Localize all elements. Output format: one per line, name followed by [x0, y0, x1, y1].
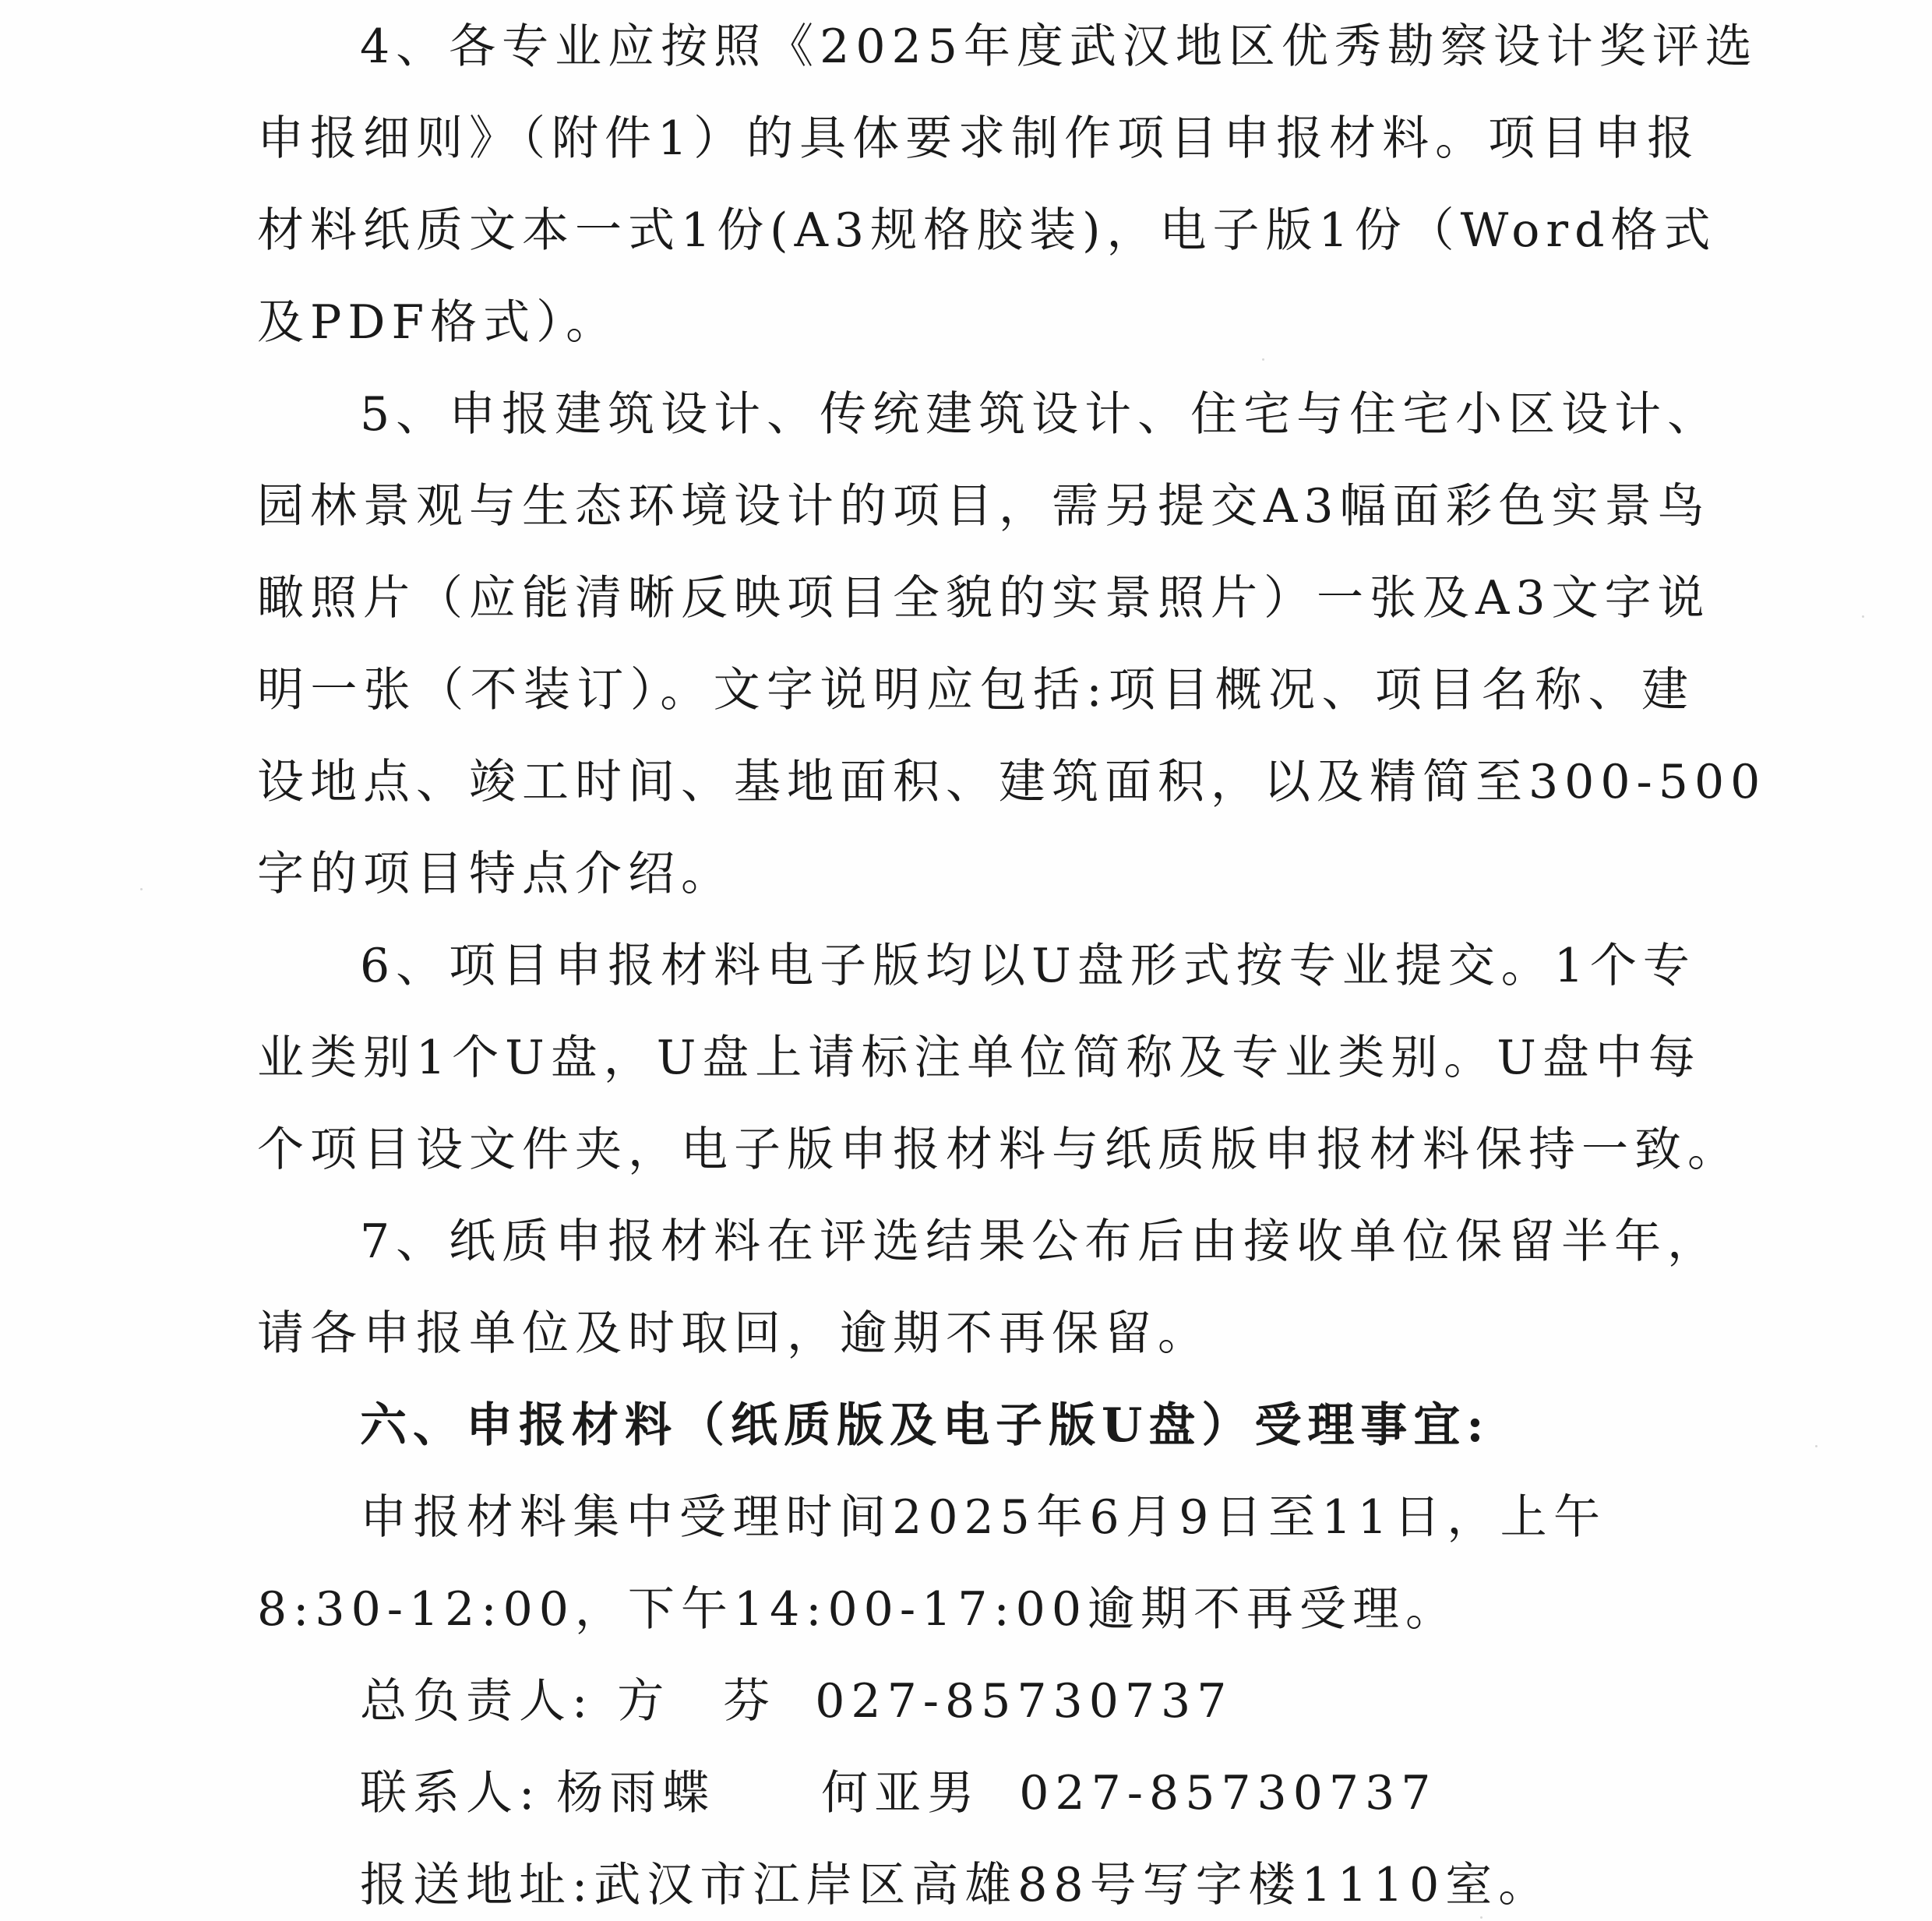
acceptance-time-line-2: 8:30-12:00，下午14:00-17:00逾期不再受理。	[257, 1578, 1694, 1641]
item-4-line-4: 及PDF格式）。	[257, 291, 1694, 354]
item-5-line-5: 设地点、竣工时间、基地面积、建筑面积，以及精简至300-500	[257, 751, 1694, 813]
scan-speck	[1480, 1916, 1482, 1919]
scan-speck	[1262, 358, 1264, 361]
item-5-line-6: 字的项目特点介绍。	[257, 843, 1694, 905]
chief-name: 方 芬	[617, 1674, 776, 1729]
scan-speck	[140, 888, 143, 890]
address-label: 报送地址:	[360, 1858, 594, 1912]
item-7-line-1: 7、纸质申报材料在评选结果公布后由接收单位保留半年，	[360, 1211, 1694, 1273]
address-value: 武汉市江岸区高雄88号写字楼1110室。	[594, 1858, 1551, 1912]
chief-contact: 总负责人:方 芬027-85730737	[360, 1670, 1694, 1732]
item-4-line-3: 材料纸质文本一式1份(A3规格胶装)，电子版1份（Word格式	[257, 199, 1694, 262]
acceptance-time-line-1: 申报材料集中受理时间2025年6月9日至11日，上午	[360, 1486, 1606, 1549]
scan-speck	[1815, 1445, 1817, 1447]
item-6-line-3: 个项目设文件夹，电子版申报材料与纸质版申报材料保持一致。	[257, 1119, 1694, 1181]
liaison-names: 杨雨蝶 何亚男	[556, 1766, 980, 1821]
item-5-line-2: 园林景观与生态环境设计的项目，需另提交A3幅面彩色实景鸟	[257, 475, 1694, 538]
item-4-line-1: 4、各专业应按照《2025年度武汉地区优秀勘察设计奖评选	[360, 16, 1694, 78]
section-heading: 六、申报材料（纸质版及电子版U盘）受理事宜:	[360, 1394, 1694, 1457]
item-4-line-2: 申报细则》（附件1）的具体要求制作项目申报材料。项目申报	[257, 108, 1694, 170]
chief-label: 总负责人:	[360, 1674, 594, 1729]
scanned-document-page: 4、各专业应按照《2025年度武汉地区优秀勘察设计奖评选 申报细则》（附件1）的…	[0, 0, 1932, 1921]
item-6-line-2: 业类别1个U盘，U盘上请标注单位简称及专业类别。U盘中每	[257, 1027, 1694, 1089]
chief-phone: 027-85730737	[815, 1674, 1232, 1729]
liaison-phone: 027-85730737	[1019, 1766, 1437, 1821]
liaison-label: 联系人:	[360, 1766, 541, 1821]
item-7-line-2: 请各申报单位及时取回，逾期不再保留。	[257, 1302, 1694, 1365]
item-5-line-4: 明一张（不装订）。文字说明应包括:项目概况、项目名称、建	[257, 659, 1694, 721]
item-5-line-1: 5、申报建筑设计、传统建筑设计、住宅与住宅小区设计、	[360, 383, 1694, 446]
scan-speck	[1862, 615, 1864, 618]
item-6-line-1: 6、项目申报材料电子版均以U盘形式按专业提交。1个专	[360, 935, 1694, 997]
submission-address: 报送地址:武汉市江岸区高雄88号写字楼1110室。	[360, 1854, 1694, 1916]
item-5-line-3: 瞰照片（应能清晰反映项目全貌的实景照片）一张及A3文字说	[257, 567, 1694, 629]
liaison-contact: 联系人:杨雨蝶 何亚男027-85730737	[360, 1762, 1694, 1824]
